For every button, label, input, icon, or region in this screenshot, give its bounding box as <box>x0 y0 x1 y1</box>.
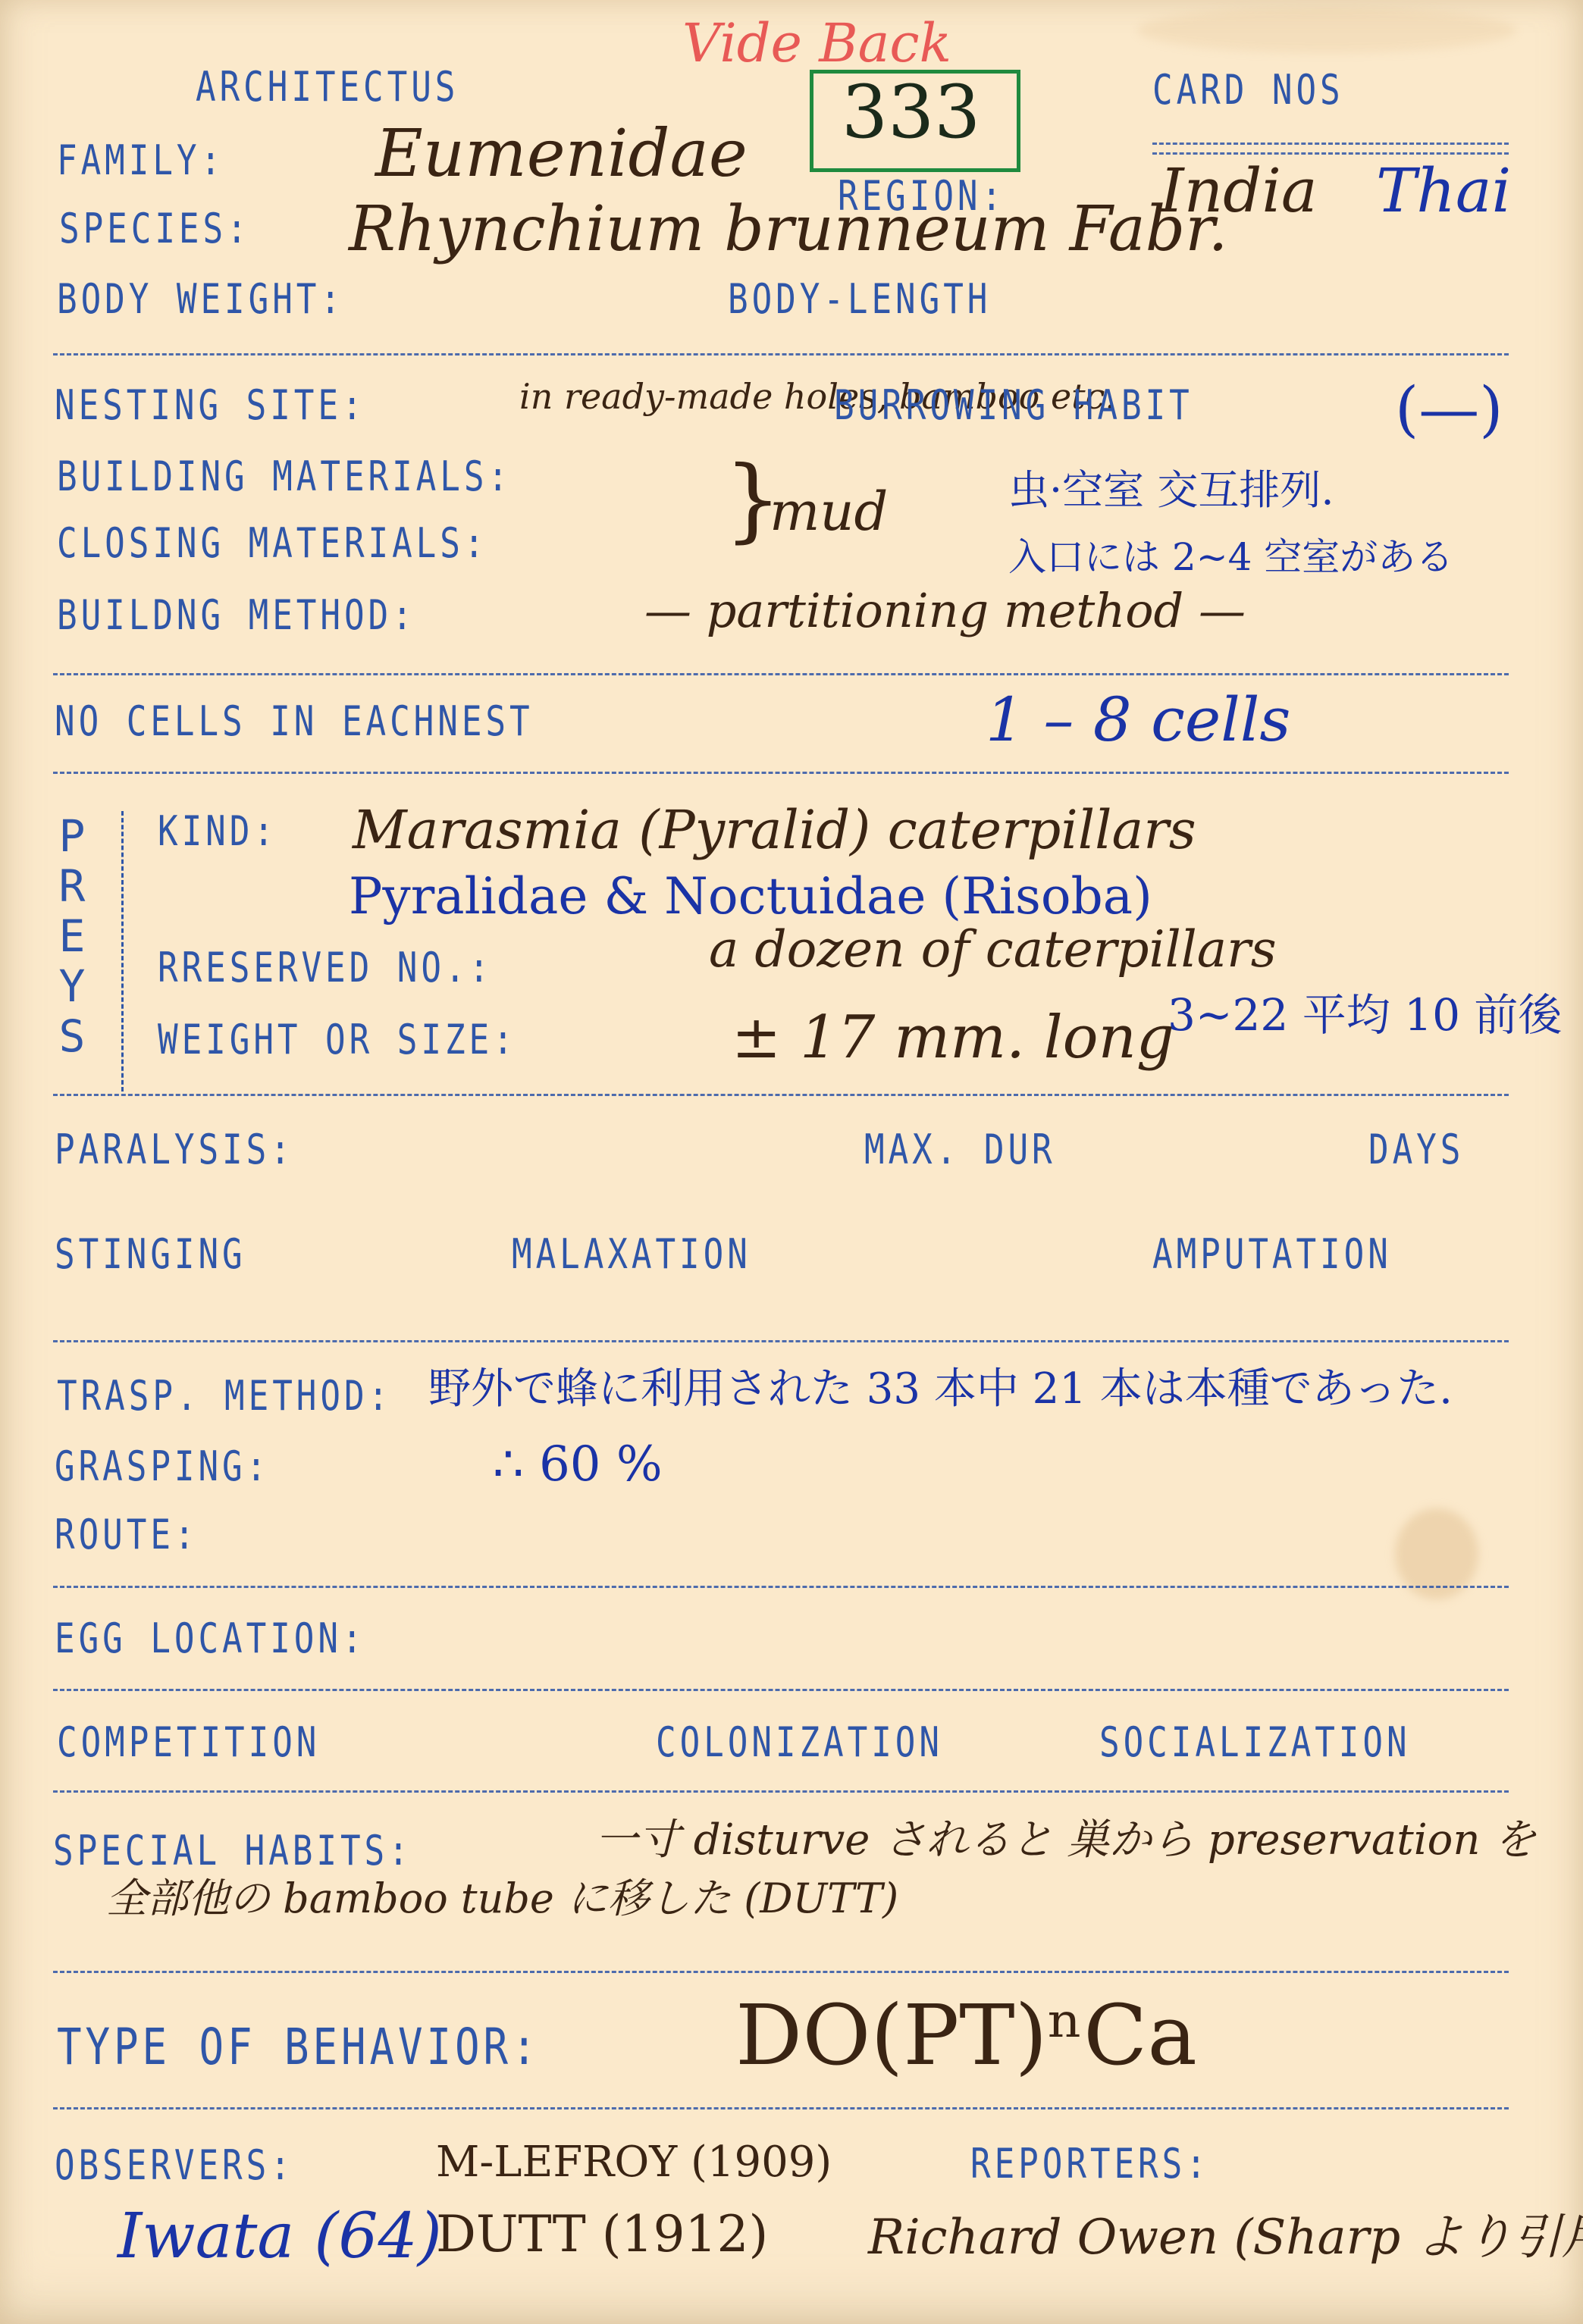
paper-stain <box>1137 8 1516 53</box>
divider <box>53 353 1509 355</box>
observer-name: Iwata (64) <box>118 2206 442 2268</box>
trasp-method-value: 野外で蜂に利用された 33 本中 21 本は本種であった. <box>428 1368 1453 1411</box>
amputation-label: AMPUTATION <box>1152 1234 1392 1275</box>
index-card: ARCHITECTUS Vide Back 333 CARD NOS FAMIL… <box>0 0 1583 2324</box>
observers-label: OBSERVERS: <box>55 2145 294 2186</box>
burrowing-habit-value: (—) <box>1395 379 1503 440</box>
divider <box>53 1689 1509 1691</box>
special-habits-line-2: 全部他の bamboo tube に移した (DUTT) <box>106 1878 898 1919</box>
preserved-no-note: 3~22 平均 10 前後 <box>1168 993 1562 1037</box>
prey-kind-value-1: Marasmia (Pyralid) caterpillars <box>353 803 1196 857</box>
preys-side-label: P R E Y S <box>53 811 91 1061</box>
observer-name: M-LEFROY (1909) <box>436 2141 832 2184</box>
species-label: SPECIES: <box>59 208 251 249</box>
socialization-label: SOCIALIZATION <box>1099 1722 1411 1763</box>
species-value: Rhynchium brunneum Fabr. <box>349 199 1228 261</box>
divider <box>53 673 1509 675</box>
divider <box>53 1586 1509 1588</box>
body-length-label: BODY-LENGTH <box>728 279 991 320</box>
type-of-behavior-value: DO(PT)ⁿCa <box>735 1994 1197 2077</box>
type-of-behavior-label: TYPE OF BEHAVIOR: <box>57 2022 541 2072</box>
building-materials-label: BUILDING MATERIALS: <box>57 456 512 497</box>
days-label: DAYS <box>1368 1129 1464 1170</box>
family-label: FAMILY: <box>57 140 224 181</box>
preserved-no-value: a dozen of caterpillars <box>709 925 1277 975</box>
max-dur-label: MAX. DUR <box>864 1129 1056 1170</box>
vide-back-annotation: Vide Back <box>682 17 951 70</box>
grasping-label: GRASPING: <box>55 1446 270 1487</box>
nesting-site-label: NESTING SITE: <box>55 385 366 426</box>
preserved-no-label: RRESERVED NO.: <box>158 947 493 988</box>
colonization-label: COLONIZATION <box>656 1722 943 1763</box>
divider <box>53 1094 1509 1096</box>
divider <box>53 1790 1509 1793</box>
paralysis-label: PARALYSIS: <box>55 1129 294 1170</box>
card-title: ARCHITECTUS <box>196 67 459 108</box>
materials-note-line-2: 入口には 2~4 空室がある <box>1008 538 1453 576</box>
reporters-label: REPORTERS: <box>970 2144 1210 2185</box>
divider <box>53 1971 1509 1973</box>
building-method-label: BUILDNG METHOD: <box>57 595 416 636</box>
divider <box>53 2107 1509 2109</box>
closing-materials-label: CLOSING MATERIALS: <box>57 523 487 564</box>
body-weight-label: BODY WEIGHT: <box>57 279 344 320</box>
trasp-method-label: TRASP. METHOD: <box>57 1376 392 1417</box>
special-habits-label: SPECIAL HABITS: <box>53 1831 412 1871</box>
building-method-value: — partitioning method — <box>644 587 1246 634</box>
cells-value: 1 – 8 cells <box>986 690 1290 750</box>
burrowing-habit-label: BURROWING HABIT <box>834 385 1193 426</box>
materials-value: mud <box>770 485 888 538</box>
region-value-thai: Thai <box>1376 161 1511 221</box>
reporters-value: Richard Owen (Sharp より引用) <box>868 2213 1583 2262</box>
family-value: Eumenidae <box>375 121 748 186</box>
weight-size-value: ± 17 mm. long <box>732 1008 1174 1067</box>
route-label: ROUTE: <box>55 1514 198 1555</box>
preys-divider <box>121 811 124 1092</box>
cells-label: NO CELLS IN EACHNEST <box>55 701 534 742</box>
malaxation-label: MALAXATION <box>512 1234 751 1275</box>
card-number: 333 <box>842 76 980 149</box>
grasping-value: ∴ 60 % <box>493 1440 663 1489</box>
prey-kind-label: KIND: <box>158 811 277 852</box>
divider <box>53 772 1509 774</box>
egg-location-label: EGG LOCATION: <box>55 1618 366 1659</box>
competition-label: COMPETITION <box>57 1722 320 1763</box>
stinging-label: STINGING <box>55 1234 246 1275</box>
card-nos-underline <box>1152 143 1509 155</box>
card-nos-label: CARD NOS <box>1152 70 1344 111</box>
materials-note-line-1: 虫·空室 交互排列. <box>1008 470 1334 511</box>
special-habits-line-1: 一寸 disturve されると 巣から preservation を <box>595 1819 1536 1862</box>
divider <box>53 1340 1509 1342</box>
weight-size-label: WEIGHT OR SIZE: <box>158 1019 517 1060</box>
observer-name: DUTT (1912) <box>436 2210 768 2260</box>
prey-kind-value-2: Pyralidae & Noctuidae (Risoba) <box>349 872 1152 922</box>
